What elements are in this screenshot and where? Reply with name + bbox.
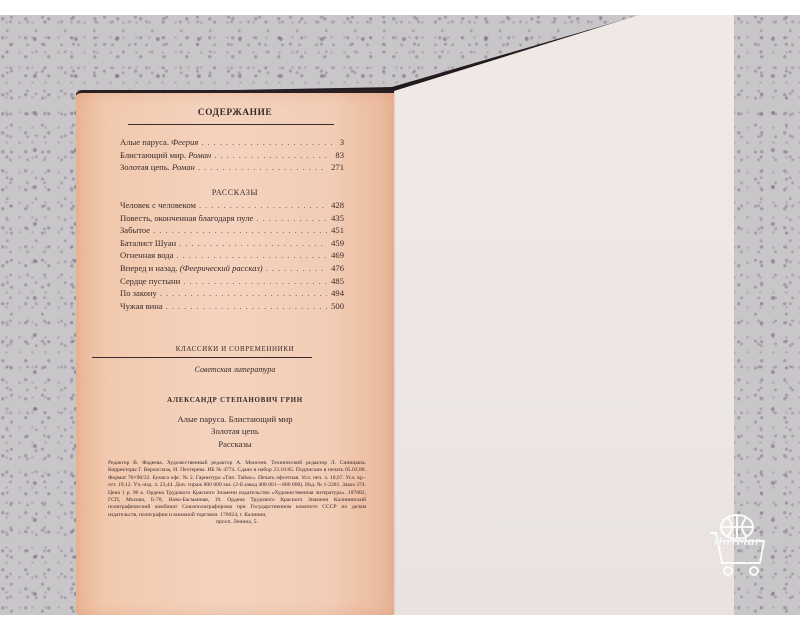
toc-entry: Сердце пустыни..........................… xyxy=(120,275,344,288)
left-page: СОДЕРЖАНИЕ Алые паруса. Феерия..........… xyxy=(76,90,394,615)
toc-entry: Алые паруса. Феерия.....................… xyxy=(120,136,344,149)
toc-leader-dots: ........................................… xyxy=(253,212,327,225)
toc-page-number: 83 xyxy=(331,149,344,162)
toc-page-number: 494 xyxy=(327,287,344,300)
toc-entry: Повесть, оконченная благодаря пуле......… xyxy=(120,212,344,225)
store-watermark: ИнтМаг xyxy=(702,505,772,585)
toc-entry-title: Блистающий мир. Роман xyxy=(120,149,211,162)
toc-entry-genre: (Феерический рассказ) xyxy=(180,263,263,273)
toc-entry: Забытое.................................… xyxy=(120,224,344,237)
book-title-2: Золотая цепь xyxy=(76,426,394,436)
series-name: КЛАССИКИ И СОВРЕМЕННИКИ xyxy=(76,345,394,353)
toc-page-number: 459 xyxy=(327,237,344,250)
toc-entry-genre: Феерия xyxy=(171,137,198,147)
series-subtitle: Советская литература xyxy=(76,365,394,374)
author-name: АЛЕКСАНДР СТЕПАНОВИЧ ГРИН xyxy=(76,396,394,404)
toc-leader-dots: ........................................… xyxy=(163,300,327,313)
toc-page-number: 469 xyxy=(327,249,344,262)
toc-main-entries: Алые паруса. Феерия.....................… xyxy=(120,136,344,174)
colophon-text: Редактор В. Фадеева. Художественный реда… xyxy=(108,460,366,518)
book-title-1: Алые паруса. Блистающий мир xyxy=(76,414,394,424)
toc-entry: Огненная вода...........................… xyxy=(120,249,344,262)
toc-page-number: 476 xyxy=(327,262,344,275)
toc-entry-title: Баталист Шуан xyxy=(120,237,176,250)
toc-page-number: 428 xyxy=(327,199,344,212)
toc-entry: Чужая вина..............................… xyxy=(120,300,344,313)
toc-leader-dots: ........................................… xyxy=(174,249,328,262)
book-title-3: Рассказы xyxy=(76,439,394,449)
toc-leader-dots: ........................................… xyxy=(196,199,327,212)
toc-entry: Человек с человеком.....................… xyxy=(120,199,344,212)
stories-heading: РАССКАЗЫ xyxy=(76,188,394,197)
toc-leader-dots: ........................................… xyxy=(176,237,327,250)
toc-entry-title: Человек с человеком xyxy=(120,199,196,212)
toc-page-number: 271 xyxy=(327,161,344,174)
toc-entry-title: Вперед и назад. (Феерический рассказ) xyxy=(120,262,263,275)
toc-entry-genre: Роман xyxy=(188,150,211,160)
toc-leader-dots: ........................................… xyxy=(198,136,335,149)
toc-page-number: 435 xyxy=(327,212,344,225)
watermark-text: ИнтМаг xyxy=(702,535,772,548)
toc-entry-title: Огненная вода xyxy=(120,249,174,262)
toc-entry-title: Сердце пустыни xyxy=(120,275,180,288)
toc-story-entries: Человек с человеком.....................… xyxy=(120,199,344,312)
toc-leader-dots: ........................................… xyxy=(180,275,327,288)
toc-title: СОДЕРЖАНИЕ xyxy=(76,108,394,118)
toc-entry-title: Чужая вина xyxy=(120,300,163,313)
colophon-address: просп. Ленина, 5. xyxy=(108,519,366,526)
series-rule xyxy=(92,357,312,358)
book-photo: СОДЕРЖАНИЕ Алые паруса. Феерия..........… xyxy=(0,15,800,615)
toc-leader-dots: ........................................… xyxy=(263,262,327,275)
right-page-blank xyxy=(394,15,736,615)
toc-entry-title: Золотая цепь. Роман xyxy=(120,161,195,174)
toc-entry-title: Алые паруса. Феерия xyxy=(120,136,198,149)
toc-page-number: 485 xyxy=(327,275,344,288)
toc-leader-dots: ........................................… xyxy=(211,149,331,162)
toc-entry: Баталист Шуан...........................… xyxy=(120,237,344,250)
toc-entry-title: Забытое xyxy=(120,224,150,237)
toc-entry: Блистающий мир. Роман...................… xyxy=(120,149,344,162)
toc-rule xyxy=(128,124,334,125)
toc-page-number: 500 xyxy=(327,300,344,313)
toc-entry-title: Повесть, оконченная благодаря пуле xyxy=(120,212,253,225)
toc-leader-dots: ........................................… xyxy=(157,287,327,300)
colophon: Редактор В. Фадеева. Художественный реда… xyxy=(108,460,366,527)
toc-page-number: 451 xyxy=(327,224,344,237)
toc-entry-title: По закону xyxy=(120,287,157,300)
toc-leader-dots: ........................................… xyxy=(150,224,327,237)
toc-page-number: 3 xyxy=(336,136,344,149)
toc-entry-genre: Роман xyxy=(172,162,195,172)
toc-leader-dots: ........................................… xyxy=(195,161,327,174)
toc-entry: По закону...............................… xyxy=(120,287,344,300)
toc-entry: Вперед и назад. (Феерический рассказ)...… xyxy=(120,262,344,275)
toc-entry: Золотая цепь. Роман.....................… xyxy=(120,161,344,174)
